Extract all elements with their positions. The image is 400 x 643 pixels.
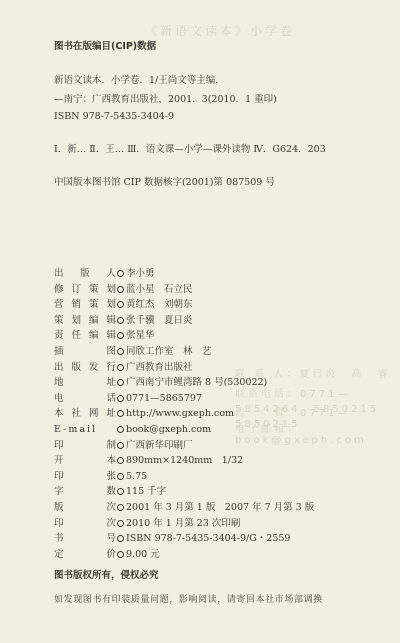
credit-value: 黄红杰 刘朝东: [126, 299, 193, 311]
circle-separator-icon: [117, 410, 124, 417]
circle-separator-icon: [117, 286, 124, 293]
credit-row: 书号ISBN 978-7-5435-3404-9/G・2559: [54, 533, 290, 545]
cip-isbn-line: ISBN 978-7-5435-3404-9: [54, 111, 174, 123]
credit-label: 地址: [54, 377, 116, 389]
copyright-notice: 图书版权所有，侵权必究: [54, 570, 159, 582]
credit-value: 0771—5865797: [126, 393, 202, 405]
credit-value: 115 千字: [126, 486, 166, 498]
credit-label: 定价: [54, 549, 116, 561]
circle-separator-icon: [117, 551, 124, 558]
circle-separator-icon: [117, 301, 124, 308]
credit-label: 营销策划: [54, 299, 116, 311]
credit-label: 书号: [54, 533, 116, 545]
credit-row: 印张5.75: [54, 471, 147, 483]
credit-value: 890mm×1240mm 1/32: [126, 455, 243, 467]
credit-label: 印张: [54, 471, 116, 483]
credit-row: 修订策划蓝小星 石立民: [54, 284, 193, 296]
circle-separator-icon: [117, 364, 124, 371]
cip-classification-line: Ⅰ．新… Ⅱ．王… Ⅲ．语文课—小学—课外读物 Ⅳ．G624．203: [54, 144, 326, 156]
cip-heading: 图书在版编目(CIP)数据: [54, 41, 156, 53]
credit-label: 出版人: [54, 268, 116, 280]
credit-label: E-mail: [54, 424, 116, 436]
credit-value: 蓝小星 石立民: [126, 284, 193, 296]
circle-separator-icon: [117, 504, 124, 511]
credit-value: ISBN 978-7-5435-3404-9/G・2559: [126, 533, 290, 545]
bleed-through-contact: 电子邮箱：book@gxeph.com: [235, 420, 400, 446]
credit-row: 责任编辑张星华: [54, 330, 155, 342]
credit-value: 张千骥 夏日炎: [126, 315, 193, 327]
circle-separator-icon: [117, 348, 124, 355]
cip-title-line: 新语文读本．小学卷．1/王尚文等主编．: [54, 75, 225, 87]
credit-label: 版次: [54, 502, 116, 514]
cip-library-line: 中国版本图书馆 CIP 数据核字(2001)第 087509 号: [54, 177, 275, 189]
credit-value: 同欣工作室 林 艺: [126, 346, 212, 358]
circle-separator-icon: [117, 270, 124, 277]
credit-value: 9.00 元: [126, 549, 160, 561]
credit-label: 出版发行: [54, 362, 116, 374]
credit-row: 本社网址http://www.gxeph.com: [54, 408, 234, 420]
credit-row: 版次2001 年 3 月第 1 版 2007 年 7 月第 3 版: [54, 502, 314, 514]
credit-value: 2001 年 3 月第 1 版 2007 年 7 月第 3 版: [126, 502, 314, 514]
credit-row: 印制广西新华印刷厂: [54, 440, 193, 452]
quality-notice: 如发现图书有印装质量问题，影响阅读，请寄回本社市场部调换: [54, 592, 323, 605]
credit-value: 2010 年 1 月第 23 次印刷: [126, 518, 240, 530]
credit-label: 印次: [54, 518, 116, 530]
credit-value: 广西新华印刷厂: [126, 440, 193, 452]
credit-value: 广西南宁市鲤湾路 8 号(530022): [126, 377, 267, 389]
circle-separator-icon: [117, 379, 124, 386]
credit-row: 印次2010 年 1 月第 23 次印刷: [54, 518, 240, 530]
circle-separator-icon: [117, 473, 124, 480]
circle-separator-icon: [117, 395, 124, 402]
credit-row: 定价9.00 元: [54, 549, 160, 561]
circle-separator-icon: [117, 332, 124, 339]
credit-row: 策划编辑张千骥 夏日炎: [54, 315, 193, 327]
circle-separator-icon: [117, 488, 124, 495]
circle-separator-icon: [117, 442, 124, 449]
circle-separator-icon: [117, 457, 124, 464]
credit-label: 字数: [54, 486, 116, 498]
circle-separator-icon: [117, 520, 124, 527]
bleed-through-heading: 《新语文读本》小学卷: [145, 22, 295, 39]
credit-label: 修订策划: [54, 284, 116, 296]
credit-label: 责任编辑: [54, 330, 116, 342]
credit-row: 字数115 千字: [54, 486, 166, 498]
credit-row: 开本890mm×1240mm 1/32: [54, 455, 243, 467]
credit-value: http://www.gxeph.com: [126, 408, 234, 420]
credit-row: 电话0771—5865797: [54, 393, 202, 405]
circle-separator-icon: [117, 426, 124, 433]
credit-label: 插图: [54, 346, 116, 358]
credit-value: 广西教育出版社: [126, 362, 193, 374]
credit-label: 印制: [54, 440, 116, 452]
credit-row: 地址广西南宁市鲤湾路 8 号(530022): [54, 377, 267, 389]
credit-value: book@gxeph.com: [126, 424, 211, 436]
circle-separator-icon: [117, 535, 124, 542]
credit-label: 策划编辑: [54, 315, 116, 327]
credit-row: 插图同欣工作室 林 艺: [54, 346, 212, 358]
credit-value: 李小勇: [126, 268, 155, 280]
credit-value: 张星华: [126, 330, 155, 342]
cip-imprint-line: —南宁：广西教育出版社，2001．3(2010．1 重印): [54, 94, 277, 106]
credit-label: 本社网址: [54, 408, 116, 420]
credit-value: 5.75: [126, 471, 147, 483]
credit-row: E-mailbook@gxeph.com: [54, 424, 211, 436]
circle-separator-icon: [117, 317, 124, 324]
credit-row: 出版发行广西教育出版社: [54, 362, 193, 374]
credit-label: 电话: [54, 393, 116, 405]
credit-row: 出版人李小勇: [54, 268, 155, 280]
credit-label: 开本: [54, 455, 116, 467]
credit-row: 营销策划黄红杰 刘朝东: [54, 299, 193, 311]
